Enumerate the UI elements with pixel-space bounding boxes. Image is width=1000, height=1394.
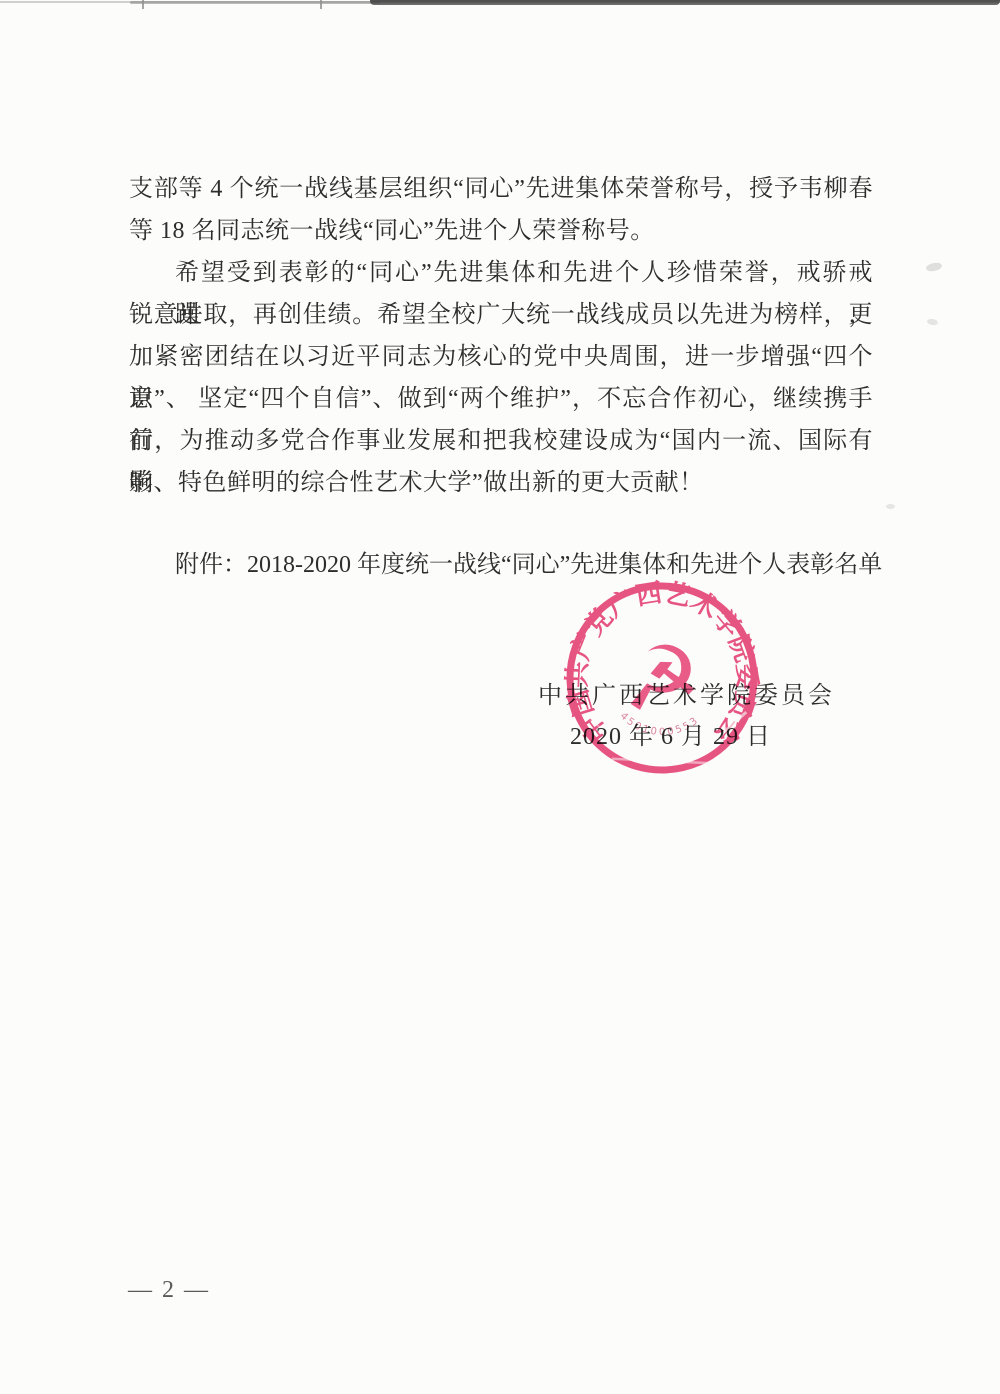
scan-speck <box>925 261 942 272</box>
scan-speck <box>927 318 939 325</box>
scan-speck <box>886 504 895 509</box>
body-line: 识”、 坚定“四个自信”、做到“两个维护”，不忘合作初心，继续携手前 <box>129 378 873 420</box>
hammer-sickle-icon: ☭ <box>621 626 703 732</box>
body-line: 等 18 名同志统一战线“同心”先进个人荣誉称号。 <box>129 210 873 252</box>
body-line: 锐意进取，再创佳绩。希望全校广大统一战线成员以先进为榜样，更 <box>129 294 873 336</box>
scan-tick-mark <box>320 0 322 9</box>
scan-tick-mark <box>142 0 144 9</box>
scanned-document-page: 支部等 4 个统一战线基层组织“同心”先进集体荣誉称号，授予韦柳春 等 18 名… <box>0 0 1000 1394</box>
scan-edge-line <box>130 1 380 4</box>
body-line: 行，为推动多党合作事业发展和把我校建设成为“国内一流、国际有影 <box>129 420 873 462</box>
attachment-line: 附件：2018-2020 年度统一战线“同心”先进集体和先进个人表彰名单 <box>175 544 882 586</box>
document-body: 支部等 4 个统一战线基层组织“同心”先进集体荣誉称号，授予韦柳春 等 18 名… <box>129 168 873 504</box>
body-line: 加紧密团结在以习近平同志为核心的党中央周围，进一步增强“四个意 <box>129 336 873 378</box>
body-line: 支部等 4 个统一战线基层组织“同心”先进集体荣誉称号，授予韦柳春 <box>129 168 873 210</box>
scan-edge-line <box>370 0 1000 5</box>
body-line: 响、特色鲜明的综合性艺术大学”做出新的更大贡献！ <box>129 462 873 504</box>
page-number: — 2 — <box>128 1277 210 1304</box>
body-line: 希望受到表彰的“同心”先进集体和先进个人珍惜荣誉，戒骄戒躁， <box>129 252 873 294</box>
seal-graphic: 中国共产党广西艺术学院委员会 ☭ 4501000553 <box>547 563 777 793</box>
official-seal: 中国共产党广西艺术学院委员会 ☭ 4501000553 <box>547 563 777 793</box>
